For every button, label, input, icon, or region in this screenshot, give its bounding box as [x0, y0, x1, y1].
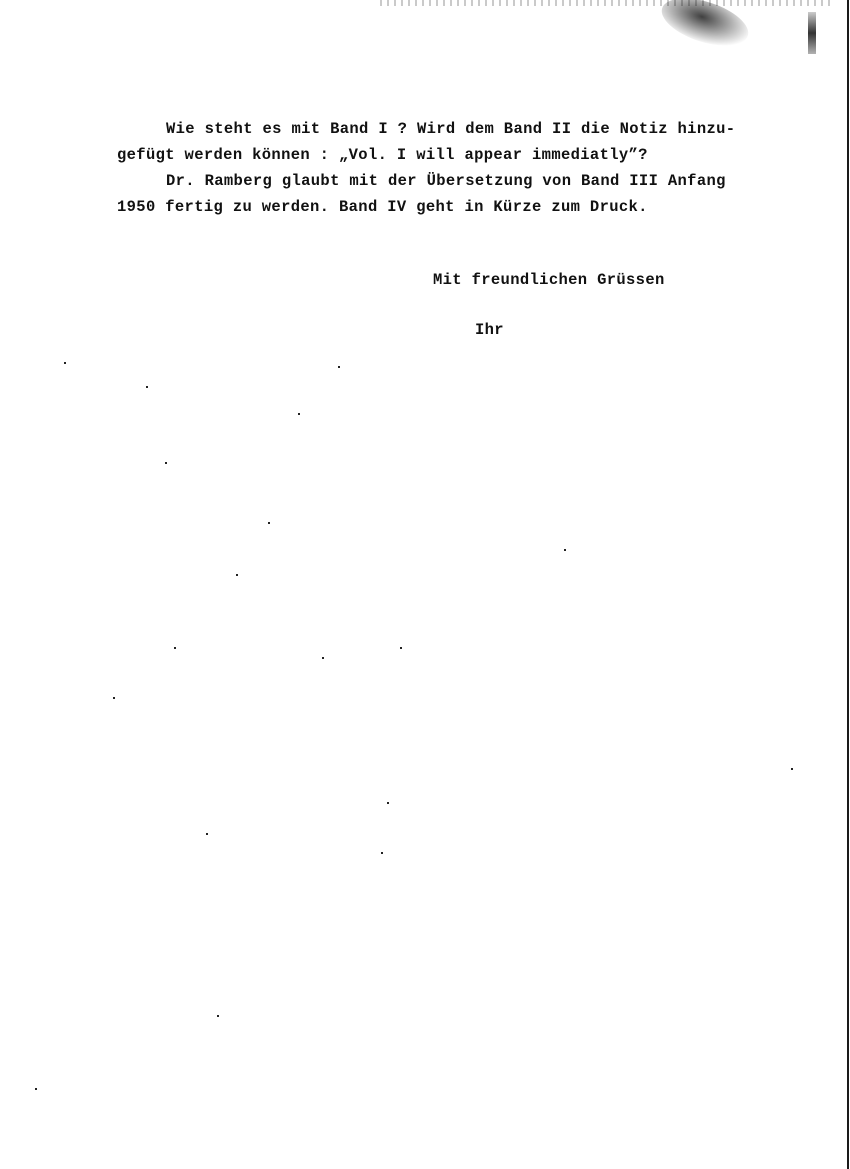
scan-speck [387, 802, 389, 804]
scan-speck [206, 833, 208, 835]
scan-speck [268, 522, 270, 524]
scan-speck [400, 647, 402, 649]
scan-speck [64, 362, 66, 364]
scan-speck [35, 1088, 37, 1090]
scan-smudge-edge [808, 12, 816, 54]
closing-salutation: Mit freundlichen Grüssen [433, 273, 665, 289]
scan-speck [165, 462, 167, 464]
scan-noise [380, 0, 830, 6]
signature-line: Ihr [475, 323, 504, 339]
scan-speck [338, 366, 340, 368]
letter-page: Wie steht es mit Band I ? Wird dem Band … [0, 0, 850, 1169]
scan-speck [217, 1015, 219, 1017]
paragraph-2-line-1: Dr. Ramberg glaubt mit der Übersetzung v… [166, 174, 726, 190]
scan-speck [146, 386, 148, 388]
paragraph-2-line-2: 1950 fertig zu werden. Band IV geht in K… [117, 200, 648, 216]
scan-speck [113, 697, 115, 699]
paragraph-1-line-1: Wie steht es mit Band I ? Wird dem Band … [166, 122, 735, 138]
scan-speck [298, 413, 300, 415]
scan-speck [791, 768, 793, 770]
scan-speck [174, 647, 176, 649]
scan-speck [236, 574, 238, 576]
page-edge-line [847, 0, 849, 1169]
scan-smudge [656, 0, 754, 55]
scan-speck [322, 657, 324, 659]
scan-speck [564, 549, 566, 551]
paragraph-1-line-2: gefügt werden können : „Vol. I will appe… [117, 148, 648, 164]
scan-speck [381, 852, 383, 854]
